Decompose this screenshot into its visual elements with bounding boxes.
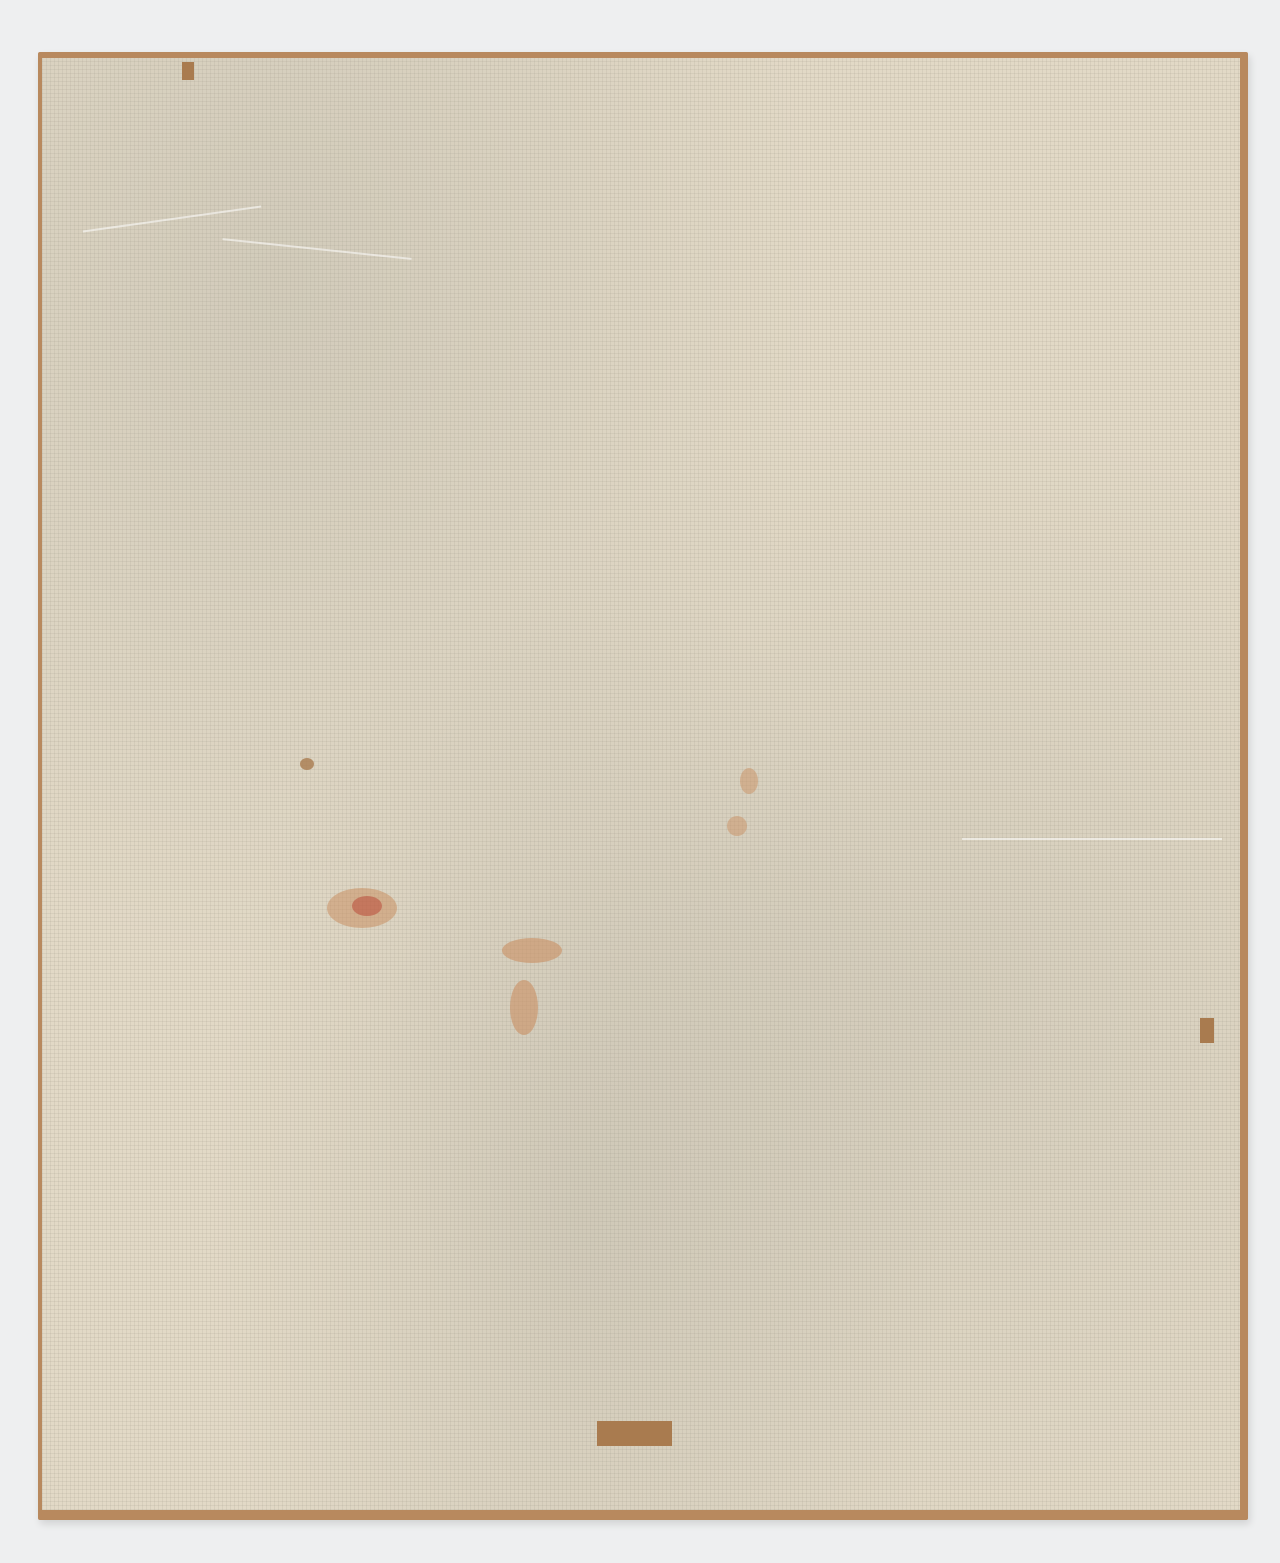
chalk-mark	[83, 205, 262, 232]
stain	[510, 980, 538, 1035]
stain	[740, 768, 758, 794]
primed-canvas-surface	[42, 58, 1240, 1510]
stain	[300, 758, 314, 770]
canvas-board	[38, 52, 1248, 1520]
stain	[727, 816, 747, 836]
chalk-mark	[962, 838, 1222, 840]
chipped-area	[182, 62, 194, 80]
chipped-area	[597, 1421, 672, 1446]
stain	[502, 938, 562, 963]
chalk-mark	[222, 238, 411, 260]
stain	[352, 896, 382, 916]
chipped-area	[1200, 1018, 1214, 1043]
